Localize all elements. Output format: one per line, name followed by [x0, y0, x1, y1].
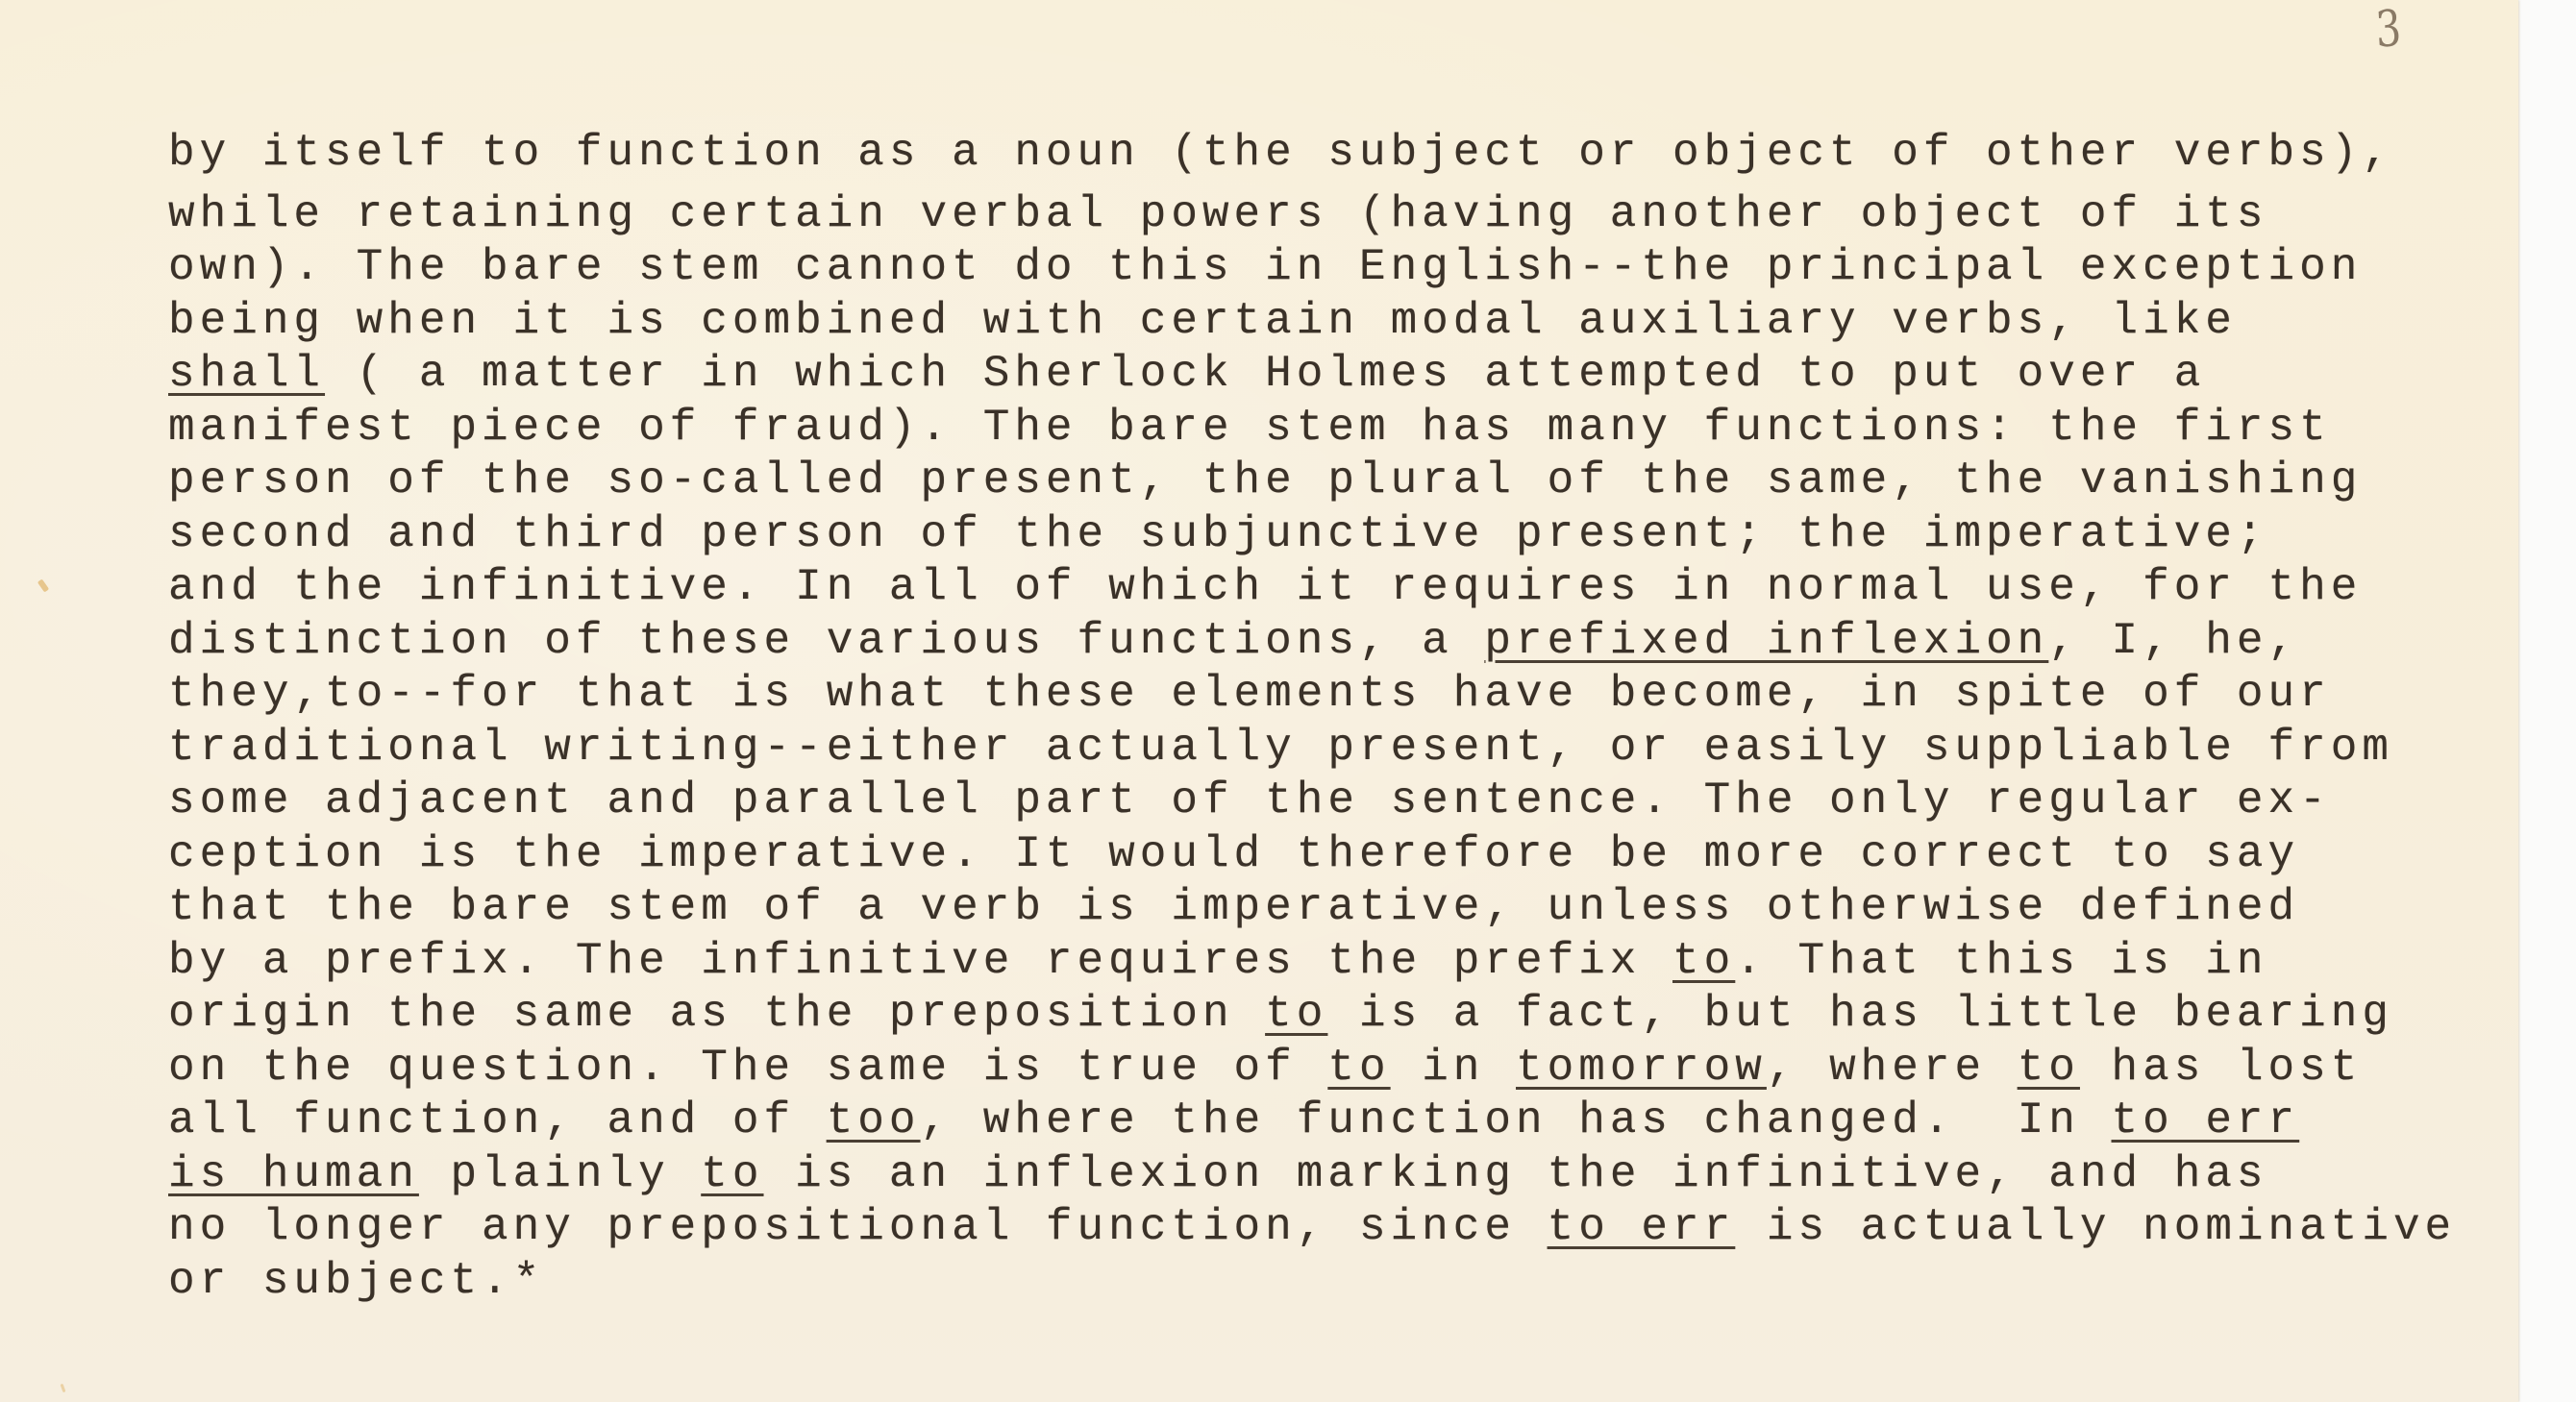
text-line: they,to--for that is what these elements… — [168, 668, 2456, 722]
text-segment: being when it is combined with certain m… — [168, 296, 2237, 346]
underlined-word: tomorrow — [1516, 1043, 1767, 1093]
text-line: on the question. The same is true of to … — [168, 1042, 2456, 1095]
text-line: all function, and of too, where the func… — [168, 1095, 2456, 1148]
text-segment: ception is the imperative. It would ther… — [168, 829, 2299, 879]
text-line: own). The bare stem cannot do this in En… — [168, 241, 2456, 295]
text-segment: distinction of these various functions, … — [168, 616, 1484, 666]
paper-speck — [37, 578, 49, 592]
text-line: while retaining certain verbal powers (h… — [168, 188, 2456, 242]
text-line: traditional writing--either actually pre… — [168, 722, 2456, 775]
text-line: is human plainly to is an inflexion mark… — [168, 1148, 2456, 1202]
text-line: ception is the imperative. It would ther… — [168, 828, 2456, 882]
text-segment: , where — [1767, 1043, 2018, 1093]
underlined-word: to err — [2112, 1095, 2300, 1145]
text-segment: or subject.* — [168, 1256, 544, 1306]
text-segment: manifest piece of fraud). The bare stem … — [168, 403, 2331, 453]
underlined-word: is human — [168, 1149, 419, 1199]
text-segment: is a fact, but has little bearing — [1327, 989, 2393, 1039]
text-segment: . That this is in — [1735, 936, 2267, 986]
underlined-word: to — [1265, 989, 1327, 1039]
underlined-word: too — [827, 1095, 921, 1145]
text-segment: by a prefix. The infinitive requires the… — [168, 936, 1672, 986]
body-text: by itself to function as a noun (the sub… — [168, 135, 2456, 1308]
text-segment: person of the so-called present, the plu… — [168, 455, 2362, 505]
underlined-word: to — [1672, 936, 1735, 986]
underlined-word: shall — [168, 349, 325, 399]
text-line: some adjacent and parallel part of the s… — [168, 775, 2456, 828]
text-line: by a prefix. The infinitive requires the… — [168, 935, 2456, 989]
text-segment: origin the same as the preposition — [168, 989, 1265, 1039]
text-line: distinction of these various functions, … — [168, 615, 2456, 669]
text-line: shall ( a matter in which Sherlock Holme… — [168, 348, 2456, 402]
text-line: that the bare stem of a verb is imperati… — [168, 881, 2456, 935]
text-line: and the infinitive. In all of which it r… — [168, 561, 2456, 615]
text-segment: they,to--for that is what these elements… — [168, 669, 2331, 719]
text-segment: all function, and of — [168, 1095, 827, 1145]
text-segment: traditional writing--either actually pre… — [168, 723, 2393, 773]
text-line: no longer any prepositional function, si… — [168, 1201, 2456, 1255]
text-segment: on the question. The same is true of — [168, 1043, 1327, 1093]
text-line: or subject.* — [168, 1255, 2456, 1309]
text-segment: and the infinitive. In all of which it r… — [168, 562, 2362, 612]
text-segment: some adjacent and parallel part of the s… — [168, 775, 2331, 825]
paper-speck — [61, 1384, 66, 1392]
text-segment: ( a matter in which Sherlock Holmes atte… — [325, 349, 2205, 399]
underlined-word: to — [2018, 1043, 2080, 1093]
text-segment: plainly — [419, 1149, 701, 1199]
text-segment: that the bare stem of a verb is imperati… — [168, 882, 2299, 932]
text-segment: , I, he, — [2048, 616, 2299, 666]
text-segment: own). The bare stem cannot do this in En… — [168, 242, 2362, 292]
typewritten-page: 3 by itself to function as a noun (the s… — [0, 0, 2518, 1402]
text-segment: has lost — [2080, 1043, 2362, 1093]
text-segment: second and third person of the subjuncti… — [168, 509, 2268, 559]
text-line: person of the so-called present, the plu… — [168, 455, 2456, 508]
text-segment: while retaining certain verbal powers (h… — [168, 189, 2268, 239]
text-segment: , where the function has changed. In — [921, 1095, 2112, 1145]
text-line: second and third person of the subjuncti… — [168, 508, 2456, 562]
underlined-word: to — [1327, 1043, 1390, 1093]
text-segment: by itself to function as a noun (the sub… — [168, 128, 2393, 178]
text-line: by itself to function as a noun (the sub… — [168, 127, 2456, 181]
text-line: manifest piece of fraud). The bare stem … — [168, 402, 2456, 455]
underlined-word: to — [701, 1149, 763, 1199]
page-number: 3 — [2374, 0, 2403, 60]
text-line: being when it is combined with certain m… — [168, 295, 2456, 349]
underlined-word: prefixed inflexion — [1484, 616, 2048, 666]
text-segment: is actually nominative — [1735, 1202, 2456, 1252]
text-segment: is an inflexion marking the infinitive, … — [764, 1149, 2268, 1199]
text-line: origin the same as the preposition to is… — [168, 988, 2456, 1042]
underlined-word: to err — [1548, 1202, 1736, 1252]
text-segment: no longer any prepositional function, si… — [168, 1202, 1548, 1252]
text-segment: in — [1391, 1043, 1516, 1093]
